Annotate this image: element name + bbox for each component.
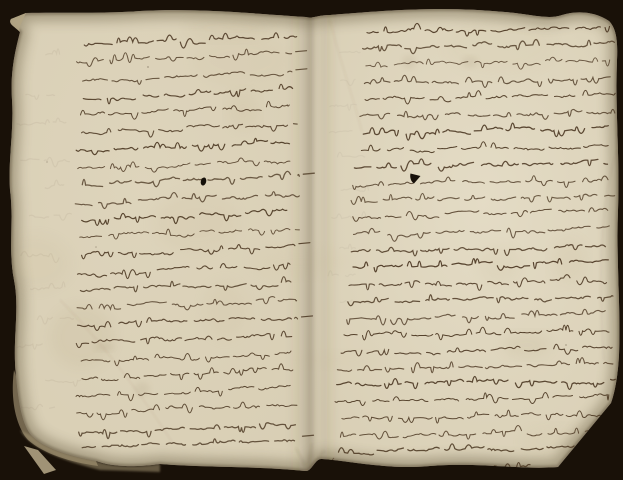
stain	[446, 18, 554, 74]
stain	[153, 193, 239, 253]
stain	[94, 343, 114, 351]
stain	[50, 306, 114, 368]
stain	[502, 333, 550, 357]
screenshot-root	[0, 0, 623, 480]
stain	[134, 382, 150, 396]
right-page-highlight	[312, 0, 623, 480]
manuscript-photo	[0, 0, 623, 480]
stain	[192, 35, 290, 87]
